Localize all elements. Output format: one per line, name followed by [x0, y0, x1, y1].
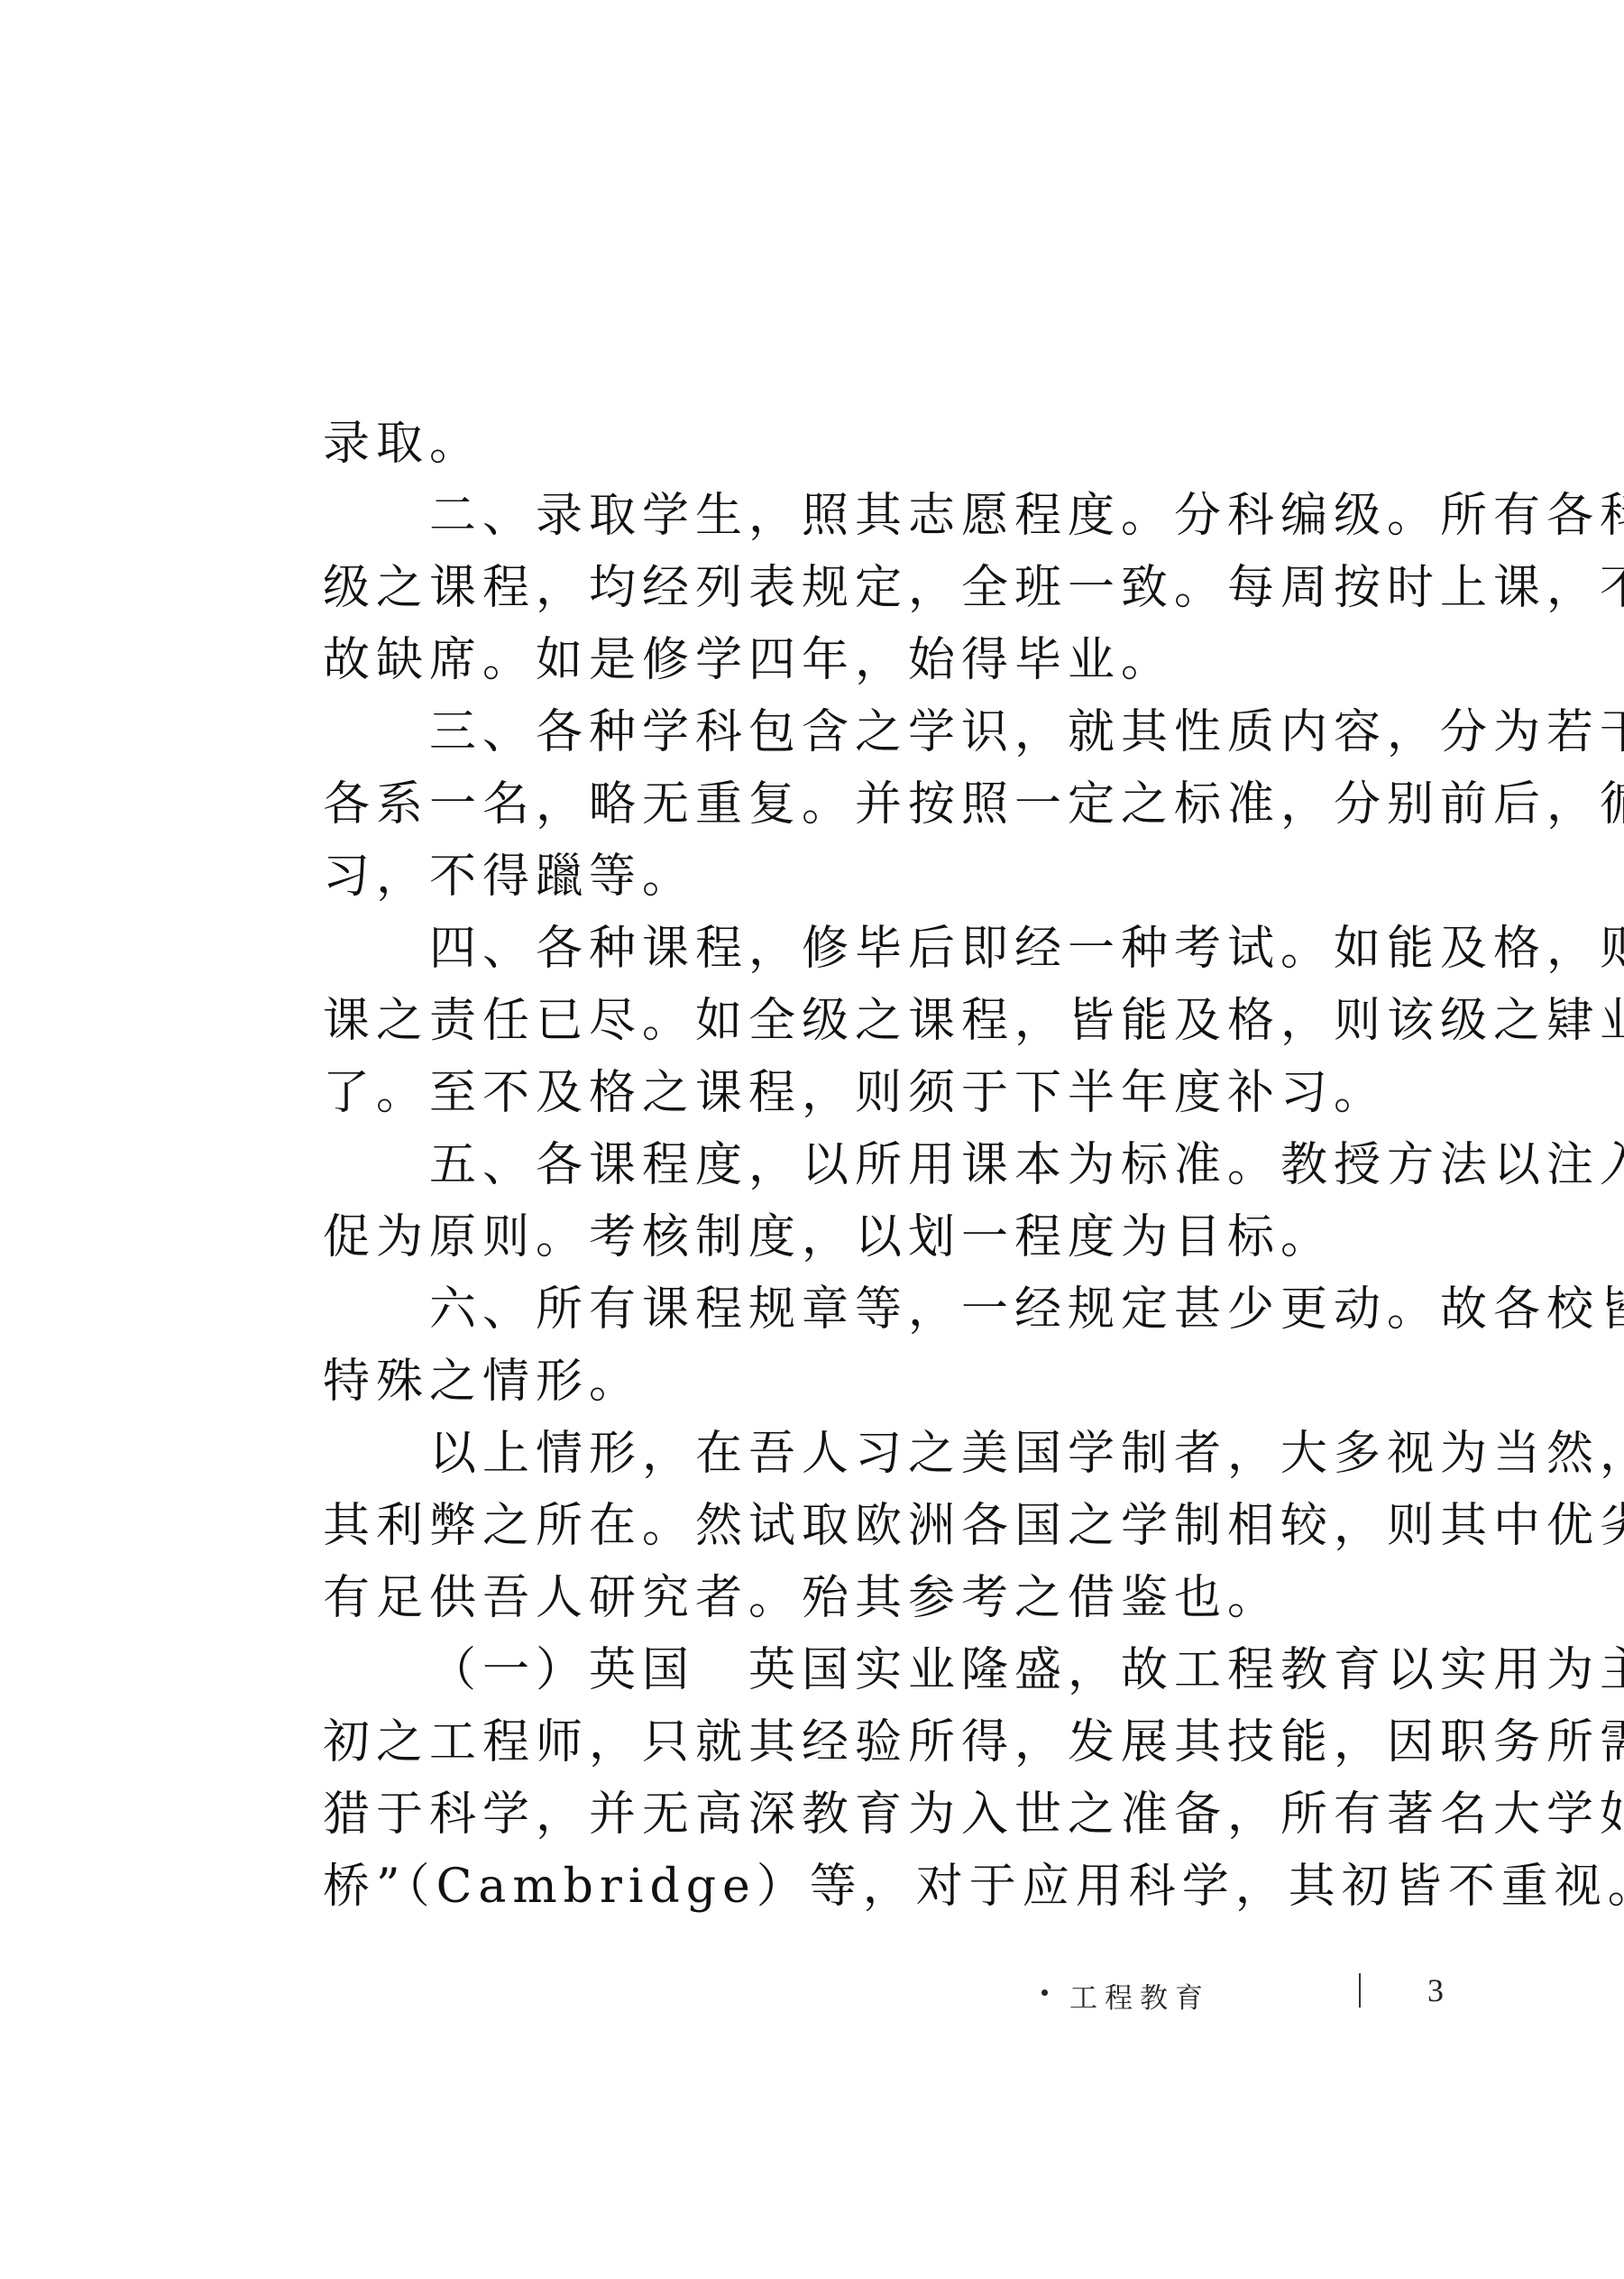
- footer-bullet-icon: [1041, 1990, 1048, 1996]
- paragraph-summary: 以上情形，在吾人习之美国学制者，大多视为当然，不觉 其利弊之所在。然试取欧洲各国…: [323, 1418, 1306, 1634]
- footer-divider: [1359, 1973, 1361, 2008]
- paragraph-item-2: 二、录取学生，照其志愿程度。分科编级。所有各科各 级之课程，均经列表规定，全班一…: [323, 480, 1306, 696]
- running-title: 工程教育: [1069, 1975, 1210, 2016]
- text-line: 以上情形，在吾人习之美国学制者，大多视为当然，不觉: [323, 1418, 1306, 1490]
- page-number: 3: [1427, 1971, 1444, 2009]
- page-footer: 工程教育 3: [1037, 1968, 1307, 2022]
- text-line: 六、所有课程规章等，一经规定甚少更动。故各校皆有: [323, 1273, 1306, 1346]
- text-line: （一）英国 英国实业隆盛，故工程教育以实用为主。最: [323, 1634, 1306, 1706]
- text-line: 习，不得躐等。: [323, 841, 1306, 913]
- text-line: 级之课程，均经列表规定，全班一致。每周按时上课，不得无: [323, 552, 1306, 624]
- text-line: 课之责任已尽。如全级之课程，皆能及格，则该级之肄业终: [323, 985, 1306, 1057]
- text-line: 猎于科学，并无高深教育为入世之准备，所有著名大学如“剑: [323, 1778, 1306, 1851]
- text-line: 各系一名，略无重复。并按照一定之标准，分别前后，循序修: [323, 768, 1306, 841]
- paragraph-item-3: 三、各种学科包含之学识，就其性质内容，分为若干课。 各系一名，略无重复。并按照一…: [323, 696, 1306, 913]
- text-line: 有足供吾人研究者。殆其参考之借鉴也。: [323, 1562, 1306, 1634]
- text-line: 录取。: [323, 408, 1306, 480]
- paragraph-section-england: （一）英国 英国实业隆盛，故工程教育以实用为主。最 初之工程师，只就其经验所得，…: [323, 1634, 1306, 1923]
- text-line: 特殊之情形。: [323, 1346, 1306, 1418]
- text-line: 促为原则。考核制度，以划一程度为目标。: [323, 1201, 1306, 1273]
- paragraph-item-5: 五、各课程度，以所用课本为标准。教授方法以注入督 促为原则。考核制度，以划一程度…: [323, 1129, 1306, 1273]
- paragraph-item-4: 四、各种课程，修毕后即经一种考试。如能及格，则对该 课之责任已尽。如全级之课程，…: [323, 913, 1306, 1129]
- text-line: 五、各课程度，以所用课本为标准。教授方法以注入督: [323, 1129, 1306, 1201]
- text-line: 二、录取学生，照其志愿程度。分科编级。所有各科各: [323, 480, 1306, 552]
- text-line: 故缺席。如是修学四年，始得毕业。: [323, 624, 1306, 696]
- paragraph-item-6: 六、所有课程规章等，一经规定甚少更动。故各校皆有 特殊之情形。: [323, 1273, 1306, 1418]
- text-line: 其利弊之所在。然试取欧洲各国之学制相较，则其中优劣，: [323, 1490, 1306, 1562]
- text-line: 桥”（Cambridge）等，对于应用科学，其初皆不重视。迄于挽: [323, 1851, 1306, 1923]
- text-line: 初之工程师，只就其经验所得，发展其技能，因职务所需，涉: [323, 1706, 1306, 1778]
- text-line: 三、各种学科包含之学识，就其性质内容，分为若干课。: [323, 696, 1306, 768]
- paragraph-continuation: 录取。: [323, 408, 1306, 480]
- text-line: 了。至不及格之课程，则须于下半年度补习。: [323, 1057, 1306, 1129]
- page-body: 录取。 二、录取学生，照其志愿程度。分科编级。所有各科各 级之课程，均经列表规定…: [323, 408, 1306, 1923]
- text-line: 四、各种课程，修毕后即经一种考试。如能及格，则对该: [323, 913, 1306, 985]
